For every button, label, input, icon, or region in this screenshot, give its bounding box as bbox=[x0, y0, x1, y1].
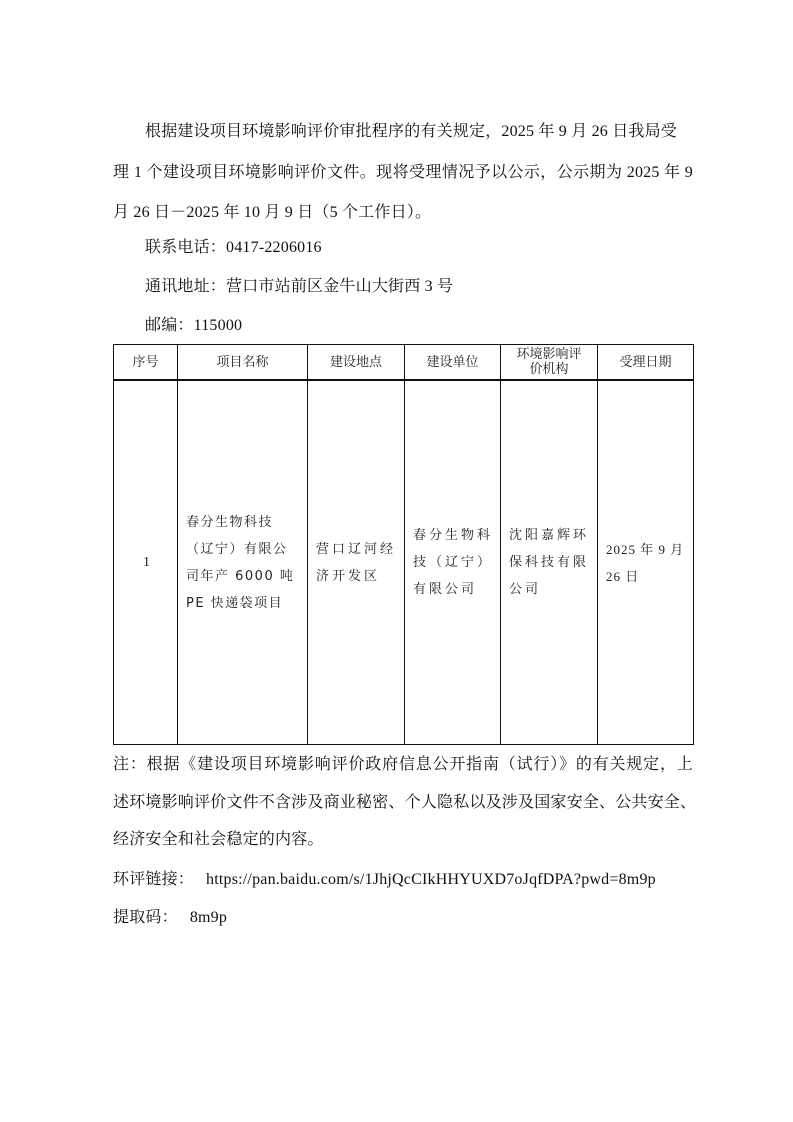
intro-line-2: 理 1 个建设项目环境影响评价文件。现将受理情况予以公示，公示期为 2025 年… bbox=[113, 163, 693, 183]
note-line-1: 注：根据《建设项目环境影响评价政府信息公开指南（试行）》的有关规定，上 bbox=[113, 755, 693, 775]
intro-line-1: 根据建设项目环境影响评价审批程序的有关规定，2025 年 9 月 26 日我局受 bbox=[145, 122, 677, 142]
header-agency-line-1: 环境影响评 bbox=[501, 347, 597, 362]
phone-value: 0417-2206016 bbox=[226, 239, 322, 256]
intro-line-3: 月 26 日－2025 年 10 月 9 日（5 个工作日）。 bbox=[113, 203, 431, 223]
contact-address: 通讯地址：营口市站前区金牛山大街西 3 号 bbox=[145, 277, 453, 297]
cell-project-name: 春分生物科技（辽宁）有限公司年产 6000 吨 PE 快递袋项目 bbox=[178, 380, 308, 745]
acceptance-table: 序号 项目名称 建设地点 建设单位 环境影响评 价机构 受理日期 1 春分生物科… bbox=[113, 344, 694, 745]
cell-agency: 沈阳嘉辉环保科技有限公司 bbox=[501, 380, 598, 745]
note-line-3: 经济安全和社会稳定的内容。 bbox=[113, 830, 324, 850]
address-label: 通讯地址： bbox=[145, 278, 226, 295]
phone-label: 联系电话： bbox=[145, 239, 226, 256]
header-location: 建设地点 bbox=[308, 345, 405, 381]
cell-builder: 春分生物科技（辽宁）有限公司 bbox=[405, 380, 501, 745]
table-header-row: 序号 项目名称 建设地点 建设单位 环境影响评 价机构 受理日期 bbox=[114, 345, 694, 381]
link-label: 环评链接： bbox=[113, 871, 194, 888]
address-value: 营口市站前区金牛山大街西 3 号 bbox=[226, 278, 453, 295]
code-value: 8m9p bbox=[190, 909, 227, 926]
download-link[interactable]: https://pan.baidu.com/s/1JhjQcCIkHHYUXD7… bbox=[206, 871, 656, 888]
header-seq: 序号 bbox=[114, 345, 178, 381]
cell-location: 营口辽河经济开发区 bbox=[308, 380, 405, 745]
code-row: 提取码：8m9p bbox=[113, 908, 227, 928]
header-agency-line-2: 价机构 bbox=[501, 362, 597, 377]
header-builder: 建设单位 bbox=[405, 345, 501, 381]
code-label: 提取码： bbox=[113, 909, 178, 926]
header-agency: 环境影响评 价机构 bbox=[501, 345, 598, 381]
contact-postcode: 邮编：115000 bbox=[145, 316, 242, 336]
document-page: 根据建设项目环境影响评价审批程序的有关规定，2025 年 9 月 26 日我局受… bbox=[0, 0, 793, 1122]
header-project-name: 项目名称 bbox=[178, 345, 308, 381]
contact-phone: 联系电话：0417-2206016 bbox=[145, 238, 322, 258]
link-row: 环评链接：https://pan.baidu.com/s/1JhjQcCIkHH… bbox=[113, 870, 656, 890]
cell-seq: 1 bbox=[114, 380, 178, 745]
cell-date: 2025 年 9 月 26 日 bbox=[598, 380, 694, 745]
postcode-label: 邮编： bbox=[145, 317, 194, 334]
header-date: 受理日期 bbox=[598, 345, 694, 381]
note-line-2: 述环境影响评价文件不含涉及商业秘密、个人隐私以及涉及国家安全、公共安全、 bbox=[113, 793, 693, 813]
postcode-value: 115000 bbox=[194, 317, 243, 334]
table-row: 1 春分生物科技（辽宁）有限公司年产 6000 吨 PE 快递袋项目 营口辽河经… bbox=[114, 380, 694, 745]
